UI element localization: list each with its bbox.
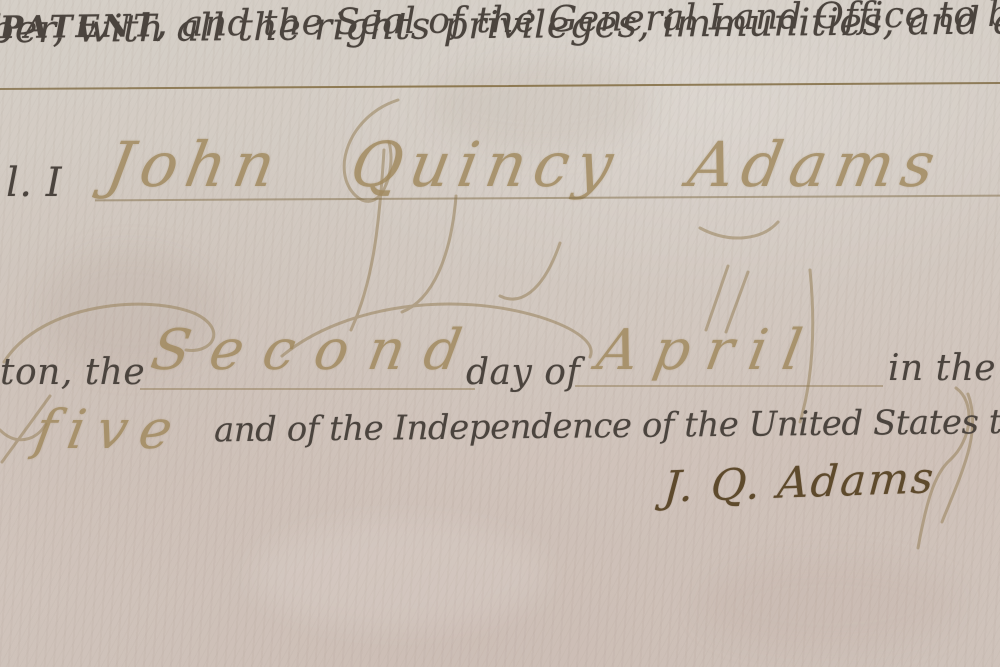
adams-signature: J. Q. Adams bbox=[662, 453, 937, 512]
year-number-handwriting: five bbox=[30, 398, 189, 461]
day-handwriting: Second bbox=[146, 318, 486, 383]
parchment-stain bbox=[700, 560, 960, 650]
patent-word-text: PATENT, bbox=[0, 8, 170, 46]
year-lead-in-text: in the Y bbox=[888, 348, 1000, 389]
parchment-document-photo: ber, with all the rights privileges, imm… bbox=[0, 0, 1000, 667]
independence-clause-text: and of the Independence of the United St… bbox=[214, 402, 1000, 451]
place-fragment-text: ton, the bbox=[0, 352, 145, 393]
month-handwriting: April bbox=[592, 318, 822, 383]
testimony-fragment-text: l. I bbox=[6, 160, 62, 206]
day-of-label: day of bbox=[466, 352, 580, 393]
president-name-handwriting: John Quincy Adams bbox=[102, 128, 949, 201]
parchment-highlight bbox=[250, 520, 550, 630]
